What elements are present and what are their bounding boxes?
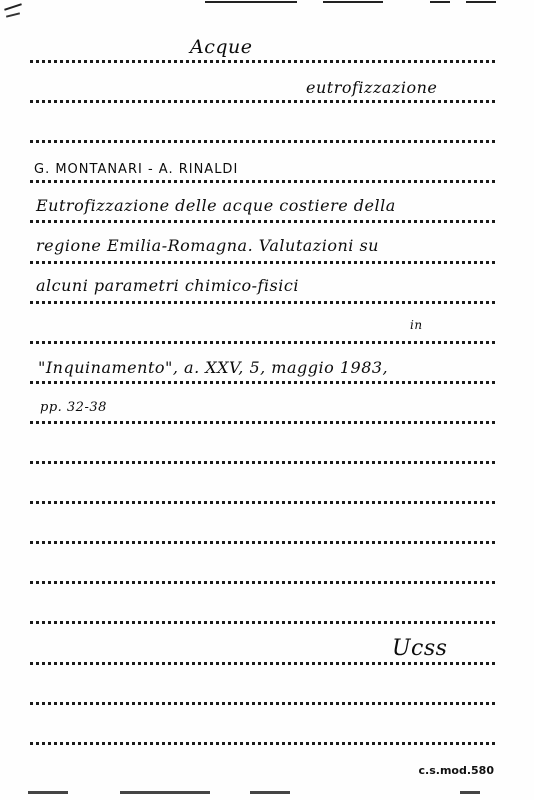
ruled-line — [30, 60, 495, 63]
authors: G. MONTANARI - A. RINALDI — [34, 162, 238, 177]
ruled-line — [30, 341, 495, 344]
catalogue-card: Acque eutrofizzazione G. MONTANARI - A. … — [0, 0, 534, 800]
scan-artifact — [430, 1, 450, 3]
scan-artifact — [460, 791, 480, 794]
title-line-3: alcuni parametri chimico-fisici — [36, 276, 299, 295]
source-citation: "Inquinamento", a. XXV, 5, maggio 1983, — [38, 358, 388, 377]
ruled-line — [30, 742, 495, 745]
scan-artifact — [6, 12, 20, 17]
ruled-line — [30, 501, 495, 504]
ruled-line — [30, 301, 495, 304]
ruled-line — [30, 140, 495, 143]
scan-artifact — [466, 1, 496, 3]
collocation-mark: Ucss — [392, 636, 447, 661]
title-line-1: Eutrofizzazione delle acque costiere del… — [36, 196, 396, 215]
ruled-line — [30, 220, 495, 223]
ruled-line — [30, 702, 495, 705]
scan-artifact — [28, 791, 68, 794]
ruled-line — [30, 261, 495, 264]
scan-artifact — [250, 791, 290, 794]
ruled-line — [30, 421, 495, 424]
title-line-2: regione Emilia-Romagna. Valutazioni su — [36, 236, 379, 255]
scan-artifact — [4, 3, 22, 10]
ruled-line — [30, 100, 495, 103]
scan-artifact — [120, 791, 210, 794]
ruled-line — [30, 381, 495, 384]
scan-artifact — [205, 1, 297, 3]
ruled-line — [30, 461, 495, 464]
scan-artifact — [323, 1, 383, 3]
ruled-line — [30, 621, 495, 624]
ruled-line — [30, 662, 495, 665]
subject-heading: Acque — [190, 36, 253, 58]
subject-subheading: eutrofizzazione — [306, 78, 437, 97]
ruled-line — [30, 541, 495, 544]
in-marker: in — [410, 318, 423, 332]
ruled-line — [30, 180, 495, 183]
ruled-line — [30, 581, 495, 584]
page-range: pp. 32-38 — [40, 400, 107, 415]
form-code: c.s.mod.580 — [419, 764, 494, 777]
